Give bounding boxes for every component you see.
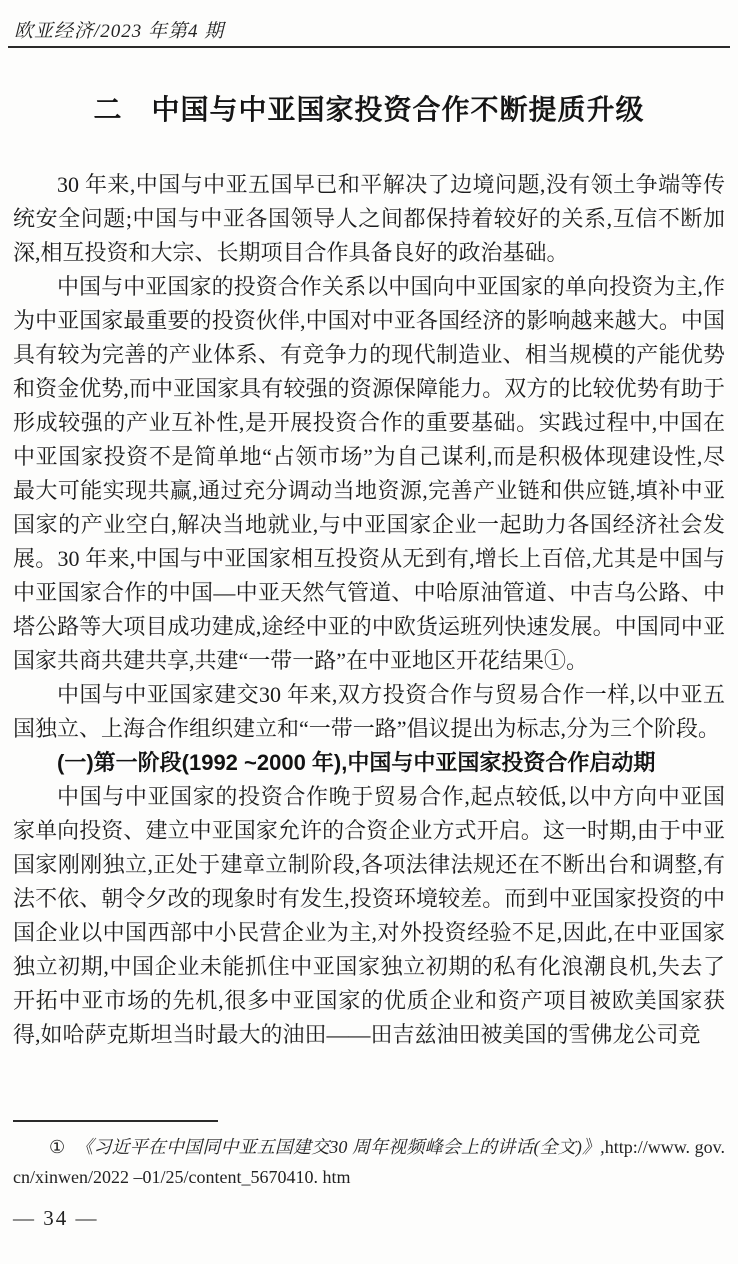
body-paragraph: 中国与中亚国家的投资合作晚于贸易合作,起点较低,以中方向中亚国家单向投资、建立中…	[13, 780, 725, 1052]
body-paragraph: 30 年来,中国与中亚五国早已和平解决了边境问题,没有领土争端等传统安全问题;中…	[13, 168, 725, 270]
footnote-source: 《习近平在中国同中亚五国建交30 周年视频峰会上的讲话(全文)》,	[75, 1137, 604, 1157]
body-paragraph: 中国与中亚国家的投资合作关系以中国向中亚国家的单向投资为主,作为中亚国家最重要的…	[13, 270, 725, 678]
article-title: 二 中国与中亚国家投资合作不断提质升级	[0, 88, 738, 128]
footnote-divider	[13, 1120, 218, 1122]
page-footer: ①《习近平在中国同中亚五国建交30 周年视频峰会上的讲话(全文)》,http:/…	[13, 1120, 725, 1231]
header-rule	[8, 46, 730, 48]
article-body: 30 年来,中国与中亚五国早已和平解决了边境问题,没有领土争端等传统安全问题;中…	[13, 168, 725, 1052]
footnote: ①《习近平在中国同中亚五国建交30 周年视频峰会上的讲话(全文)》,http:/…	[13, 1132, 725, 1192]
section-heading: (一)第一阶段(1992 ~2000 年),中国与中亚国家投资合作启动期	[13, 746, 725, 780]
body-paragraph: 中国与中亚国家建交30 年来,双方投资合作与贸易合作一样,以中亚五国独立、上海合…	[13, 678, 725, 746]
footnote-marker: ①	[49, 1137, 65, 1157]
page-number: — 34 —	[13, 1206, 725, 1231]
journal-page: 欧亚经济/2023 年第4 期 二 中国与中亚国家投资合作不断提质升级 30 年…	[0, 0, 738, 1264]
journal-header: 欧亚经济/2023 年第4 期	[14, 16, 224, 43]
